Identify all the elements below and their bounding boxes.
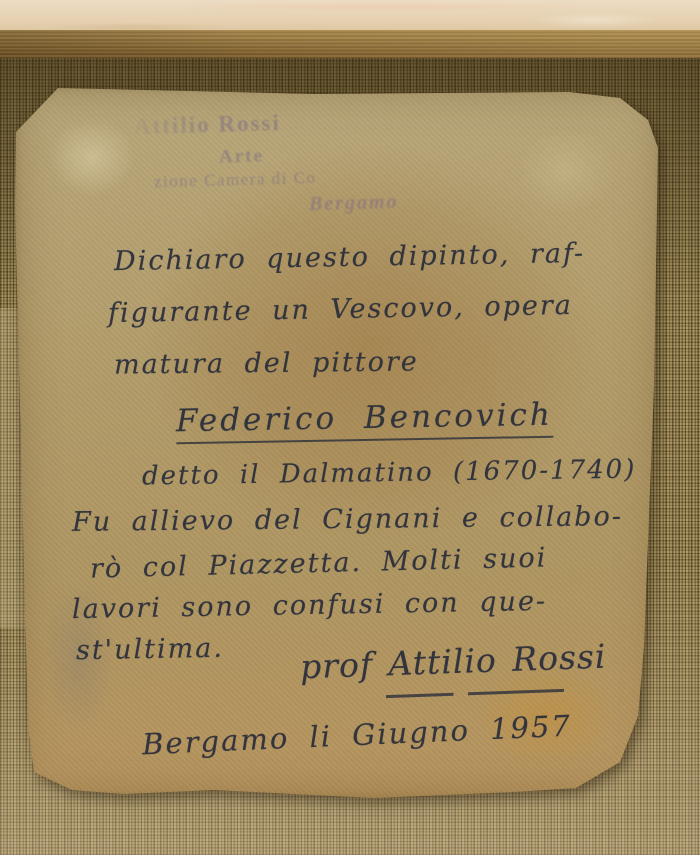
signature: prof Attilio Rossi <box>299 637 607 687</box>
handwriting-line-3: matura del pittore <box>114 346 419 380</box>
handwriting-line-4: detto il Dalmatino (1670-1740) <box>142 455 637 492</box>
stamp-line-city: Bergamo <box>309 191 399 216</box>
handwriting-line-8: st'ultima. <box>76 633 224 667</box>
artist-name: Federico Bencovich <box>176 397 554 445</box>
handwriting-line-5: Fu allievo del Cignani e collabo- <box>72 501 623 538</box>
date-line: Bergamo li Giugno 1957 <box>141 709 572 762</box>
paper-label-shadow: Attilio Rossi Arte zione Camera di Co Be… <box>14 86 664 802</box>
signature-underline <box>386 689 564 698</box>
paper-label: Attilio Rossi Arte zione Camera di Co Be… <box>14 86 662 800</box>
photo-scene: Attilio Rossi Arte zione Camera di Co Be… <box>0 0 700 855</box>
stamp-line-arte: Arte <box>219 145 264 168</box>
handwriting-line-1: Dichiaro questo dipinto, raf- <box>114 238 586 277</box>
wood-frame-top <box>0 0 700 34</box>
handwriting-line-6: rò col Piazzetta. Molti suoi <box>90 542 548 584</box>
handwriting-line-7: lavori sono confusi con que- <box>72 586 548 625</box>
handwriting-line-2: figurante un Vescovo, opera <box>108 290 573 329</box>
stamp-line-camera: zione Camera di Co <box>154 168 317 192</box>
stamp-line-name: Attilio Rossi <box>134 110 281 140</box>
